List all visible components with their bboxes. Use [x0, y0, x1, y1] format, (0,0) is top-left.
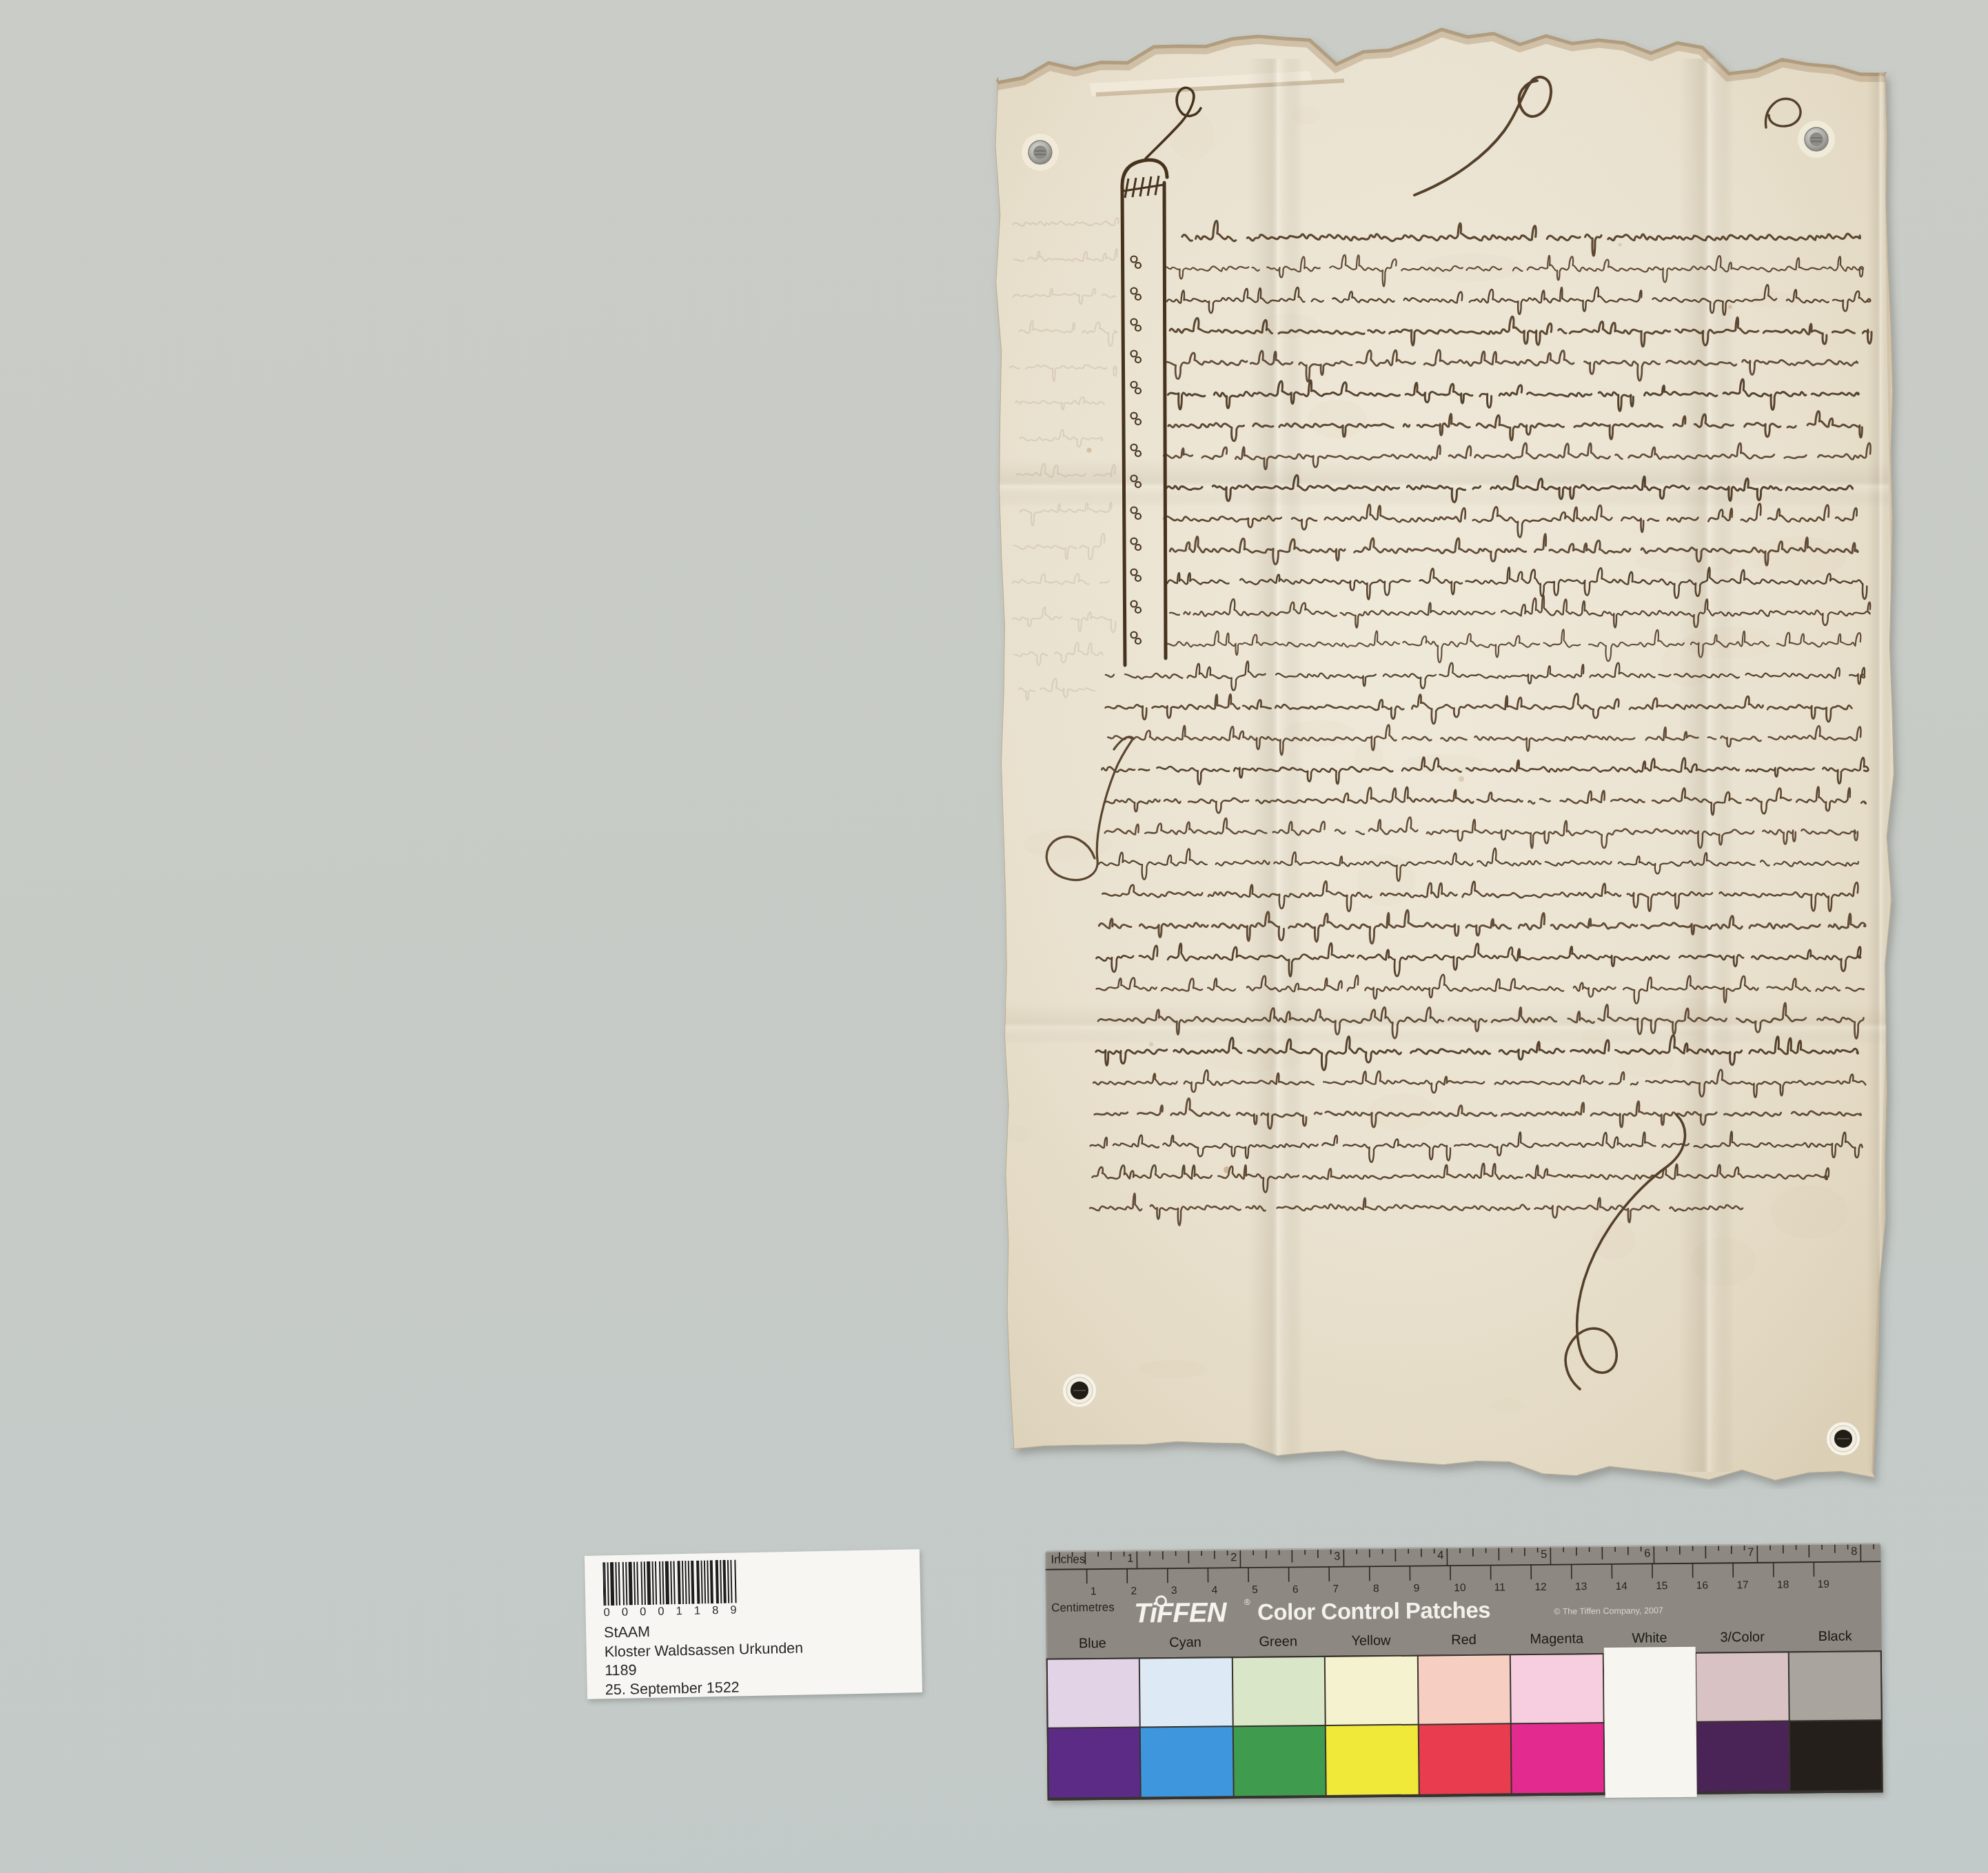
cm-number: 5 — [1252, 1584, 1258, 1596]
cm-number: 14 — [1616, 1581, 1628, 1592]
cm-number: 3 — [1171, 1585, 1177, 1597]
patch-3-color-saturated — [1697, 1721, 1789, 1791]
inch-number: 3 — [1334, 1550, 1340, 1563]
inches-label: Inches — [1051, 1552, 1085, 1566]
cm-number: 10 — [1454, 1582, 1466, 1594]
barcode-digits: 00001189 — [603, 1603, 736, 1619]
cm-number: 17 — [1736, 1579, 1748, 1591]
patch-blue-saturated — [1048, 1728, 1140, 1798]
cm-number: 9 — [1414, 1583, 1420, 1594]
barcode-digit: 0 — [603, 1606, 610, 1619]
patch-red-saturated — [1419, 1724, 1511, 1794]
patch-cyan-pastel — [1140, 1658, 1232, 1726]
barcode-digit: 8 — [712, 1604, 719, 1617]
patch-magenta-saturated — [1512, 1723, 1603, 1793]
cm-number: 16 — [1696, 1580, 1708, 1592]
patch-yellow-saturated — [1326, 1725, 1418, 1795]
patch-cyan-saturated — [1141, 1727, 1233, 1796]
barcode-digit: 0 — [622, 1606, 629, 1619]
patch-label-black: Black — [1789, 1628, 1882, 1651]
patch-label-blue: Blue — [1046, 1636, 1139, 1659]
patch-label-3-color: 3/Color — [1696, 1629, 1789, 1652]
tiffen-logo: TiFFEN — [1134, 1597, 1226, 1629]
patch-blue-pastel — [1048, 1659, 1139, 1728]
barcode-digit: 0 — [658, 1606, 665, 1619]
patch-white-column — [1604, 1647, 1697, 1798]
inch-number: 7 — [1747, 1546, 1754, 1559]
barcode-digit: 9 — [730, 1603, 737, 1617]
cm-number: 7 — [1332, 1583, 1339, 1595]
cm-number: 11 — [1494, 1581, 1505, 1593]
cm-number: 13 — [1575, 1581, 1587, 1592]
archive-label: 00001189 StAAM Kloster Waldsassen Urkund… — [585, 1549, 922, 1699]
color-control-chart: Inches1234567812345678910111213141516171… — [1045, 1543, 1883, 1801]
patch-grid — [1046, 1650, 1883, 1801]
cm-number: 8 — [1373, 1583, 1379, 1594]
patch-black-pastel — [1789, 1652, 1880, 1720]
patch-label-cyan: Cyan — [1139, 1634, 1232, 1657]
logo-i-ring — [1155, 1595, 1167, 1607]
patch-label-red: Red — [1417, 1632, 1510, 1654]
photo-stage: 00001189 StAAM Kloster Waldsassen Urkund… — [0, 0, 1988, 1873]
patch-black-saturated — [1789, 1721, 1881, 1790]
patch-yellow-pastel — [1326, 1657, 1417, 1725]
patch-label-green: Green — [1232, 1634, 1325, 1657]
cm-number: 19 — [1818, 1579, 1829, 1590]
punch-hole-eyelet — [1063, 1374, 1096, 1407]
patch-3-color-pastel — [1696, 1652, 1788, 1721]
patch-label-magenta: Magenta — [1510, 1631, 1603, 1654]
barcode-digit: 1 — [694, 1605, 701, 1618]
archive-label-text: StAAM Kloster Waldsassen Urkunden 1189 2… — [604, 1620, 804, 1700]
inch-number: 6 — [1644, 1547, 1650, 1559]
label-fonds: Kloster Waldsassen Urkunden — [604, 1639, 803, 1661]
paper-sheet — [995, 28, 1894, 1481]
patch-label-yellow: Yellow — [1324, 1633, 1417, 1656]
patch-red-pastel — [1419, 1655, 1510, 1723]
punch-hole-eyelet — [1798, 121, 1835, 158]
inch-number: 4 — [1437, 1549, 1443, 1561]
cm-number: 15 — [1656, 1580, 1667, 1592]
barcode-digit: 1 — [676, 1605, 682, 1618]
cm-number: 1 — [1091, 1586, 1097, 1597]
barcode-digit: 0 — [640, 1606, 647, 1619]
patch-green-saturated — [1234, 1726, 1326, 1796]
inch-number: 8 — [1851, 1546, 1857, 1558]
chart-title: Color Control Patches — [1257, 1597, 1490, 1626]
chart-copyright: © The Tiffen Company, 2007 — [1554, 1606, 1663, 1617]
registered-trademark: ® — [1244, 1597, 1250, 1607]
cm-number: 2 — [1130, 1586, 1137, 1597]
cm-number: 4 — [1212, 1584, 1218, 1596]
punch-hole-eyelet — [1827, 1422, 1860, 1455]
patch-magenta-pastel — [1511, 1654, 1603, 1723]
inch-number: 2 — [1230, 1551, 1237, 1563]
patch-green-pastel — [1233, 1657, 1325, 1725]
manuscript-document — [986, 17, 1909, 1489]
barcode — [602, 1559, 738, 1606]
inch-number: 1 — [1127, 1552, 1133, 1565]
label-charter-date: 25. September 1522 — [605, 1677, 804, 1699]
punch-hole-eyelet — [1022, 134, 1059, 171]
inch-number: 5 — [1541, 1548, 1547, 1561]
cm-number: 18 — [1777, 1579, 1789, 1590]
cm-number: 12 — [1534, 1581, 1546, 1593]
cm-number: 6 — [1292, 1583, 1299, 1595]
